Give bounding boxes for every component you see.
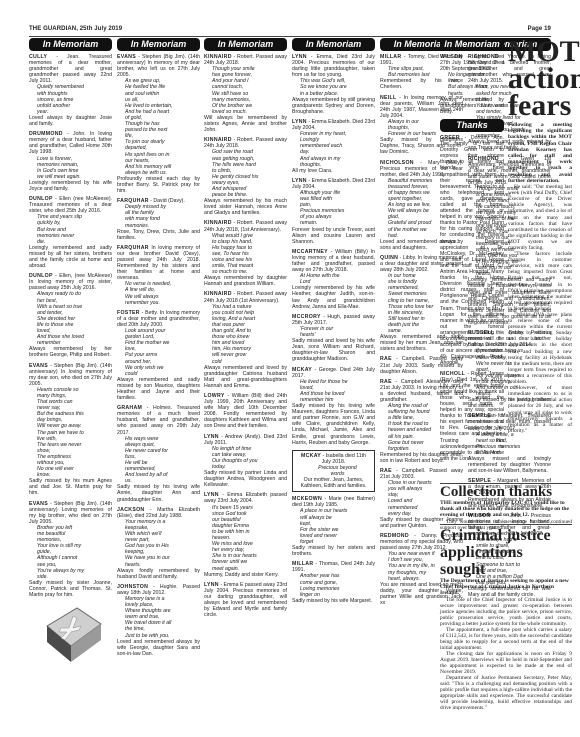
bible-icon: [43, 604, 103, 666]
criminal-justice-body: The role of the Chief Inspector of Crimi…: [440, 597, 572, 711]
notice-surname: MILLAR: [380, 54, 401, 60]
notice-verse: Time and years slip quickly by, But love…: [29, 214, 112, 244]
notice-text: - Isabella died 11th July 2018.: [321, 453, 366, 465]
notice-signoff: Lovingly remembered by his wife Joyce an…: [29, 180, 112, 192]
section-header-in-memoriam: In Memoriam: [440, 38, 504, 51]
notice-signoff: Lovingly remembered by his wife Heather,…: [292, 285, 375, 309]
memoriam-notice: EVANS - Stephen (Big Jim). (14th anniver…: [29, 501, 112, 599]
memoriam-notice: FARQUHAR - David (Davy).Deeply missed by…: [117, 198, 200, 241]
notice-verse: God saw the road was getting rough, The …: [204, 149, 287, 198]
notice-signoff: Sadly missed by his mum Agnes and dad Jo…: [29, 478, 112, 496]
memoriam-notice: GRAHAM - Holmes. Treasured memories of a…: [117, 405, 200, 503]
notice-verse: Love is forever, memories remain, In God…: [29, 156, 112, 180]
notice-surname: LYNN: [204, 434, 219, 440]
notice-signoff: Will always be remembered by sisters Agn…: [204, 115, 287, 133]
memoriam-notice: WILSON - Agnes Died 27th July 1958, Davi…: [440, 54, 504, 115]
mot-headline: MOT action fears: [508, 38, 572, 119]
criminal-paragraph: The closing date for applications is noo…: [440, 651, 572, 675]
section-header-thanks: Thanks: [440, 119, 504, 132]
notice-surname: FARQUHAR: [117, 245, 149, 251]
notice-surname: EVANS: [29, 501, 48, 507]
notice-surname: LYNN: [204, 582, 219, 588]
notice-surname: RAE: [380, 356, 392, 362]
notice-surname: RAE: [380, 379, 392, 385]
notice-surname: KINNAIRD: [204, 291, 232, 297]
notice-text: - David (Davy).: [149, 198, 185, 204]
notice-surname: LYNN: [292, 178, 307, 184]
memoriam-notice: CULLY - Jean. Treasured memories of a de…: [29, 54, 112, 127]
notice-verse: No longer in our lives, But always in ou…: [440, 72, 504, 96]
notice-surname: EVANS: [117, 54, 136, 60]
criminal-justice-lead: The Department of Justice is seeking to …: [440, 578, 572, 597]
notice-surname: JOHNSTON: [117, 584, 148, 590]
notice-surname: JACKSON: [117, 507, 144, 513]
notice-surname: CULLY: [29, 54, 47, 60]
notice-signoff: Sadly missed by his loving wife Maureen,…: [292, 403, 375, 446]
memoriam-notice: LYNN - Emma Elizabeth. Died 23rd July 20…: [292, 178, 375, 245]
notice-verse: Hearts console so many things, That word…: [29, 387, 112, 478]
memoriam-notice: LYNN - Emma Elizabeth passed away 23rd J…: [204, 492, 287, 577]
memoriam-notice: MCCRORY - Hugh, passed away 25th July 20…: [292, 314, 375, 363]
notice-verse: Though your smile has gone forever, And …: [204, 66, 287, 115]
notice-surname: NICHOLL: [440, 371, 465, 377]
mot-paragraph: "However, of most immediate concern to u…: [508, 385, 572, 434]
notice-surname: KINNAIRD: [204, 220, 232, 226]
section-header-in-memoriam: In Memoriam: [204, 38, 287, 51]
notice-signoff: Our mother. Jean, James, Kathleen, Edith…: [296, 477, 371, 489]
collection-headline: Collection thanks: [440, 485, 572, 500]
section-header-in-memoriam: In Memoriam: [29, 38, 112, 51]
notice-surname: GREER: [440, 135, 460, 141]
notice-signoff: Mummy, Daddy and sister Kerry.: [204, 572, 287, 578]
notice-signoff: Sadly missed by sister Joanne, Connor, P…: [29, 580, 112, 598]
notice-signoff: Profoundly missed each day by brother Ba…: [117, 176, 200, 194]
notice-surname: LOWRY: [204, 393, 225, 399]
notice-signoff: Always remembered and loved by granddaug…: [204, 365, 287, 389]
notice-surname: EVANS: [29, 363, 48, 369]
notice-verse: No verse is needed, A line will do, We w…: [117, 281, 200, 305]
memoriam-column: In MemoriamKINNAIRD - Robert. Passed awa…: [204, 38, 287, 622]
thanks-notice: GREER - Dorothy Ann. The family of the l…: [440, 135, 504, 367]
notice-signoff: Loved and remembered always by wife Geor…: [117, 639, 200, 657]
notice-surname: REDMOND: [380, 533, 409, 539]
memoriam-notice: FOSTER - Betty. In loving memory of a de…: [117, 310, 200, 401]
memoriam-thanks-column: In MemoriamWILSON - Agnes Died 27th July…: [440, 38, 504, 466]
notice-text: - Campbell. Passed away 21st July 2003.: [380, 468, 463, 480]
notice-text: - Robert James (Roy). Died 1st July 2019…: [440, 371, 504, 462]
notice-verse: It's been 15 years since God took our be…: [204, 505, 287, 572]
mot-paragraph: "Whilst DVA have plans to relieve some o…: [508, 312, 572, 385]
memoriam-notice: DRUMMOND - John. In loving memory of a d…: [29, 131, 112, 192]
notice-signoff: Sadly missed by partner Linda and daught…: [204, 470, 287, 488]
memoriam-notice: LYNN - Emma Elizabeth. Died 23rd July 20…: [292, 119, 375, 174]
notice-surname: FOSTER: [117, 310, 140, 316]
notice-verse: Quietly remembered with thoughts sincere…: [29, 84, 112, 114]
notice-signoff: Sadly missed by his wife Margaret.: [292, 598, 375, 604]
notice-surname: MILLAR: [292, 561, 313, 567]
notice-surname: MCKEOWN: [292, 496, 322, 502]
notice-surname: QUINN: [380, 255, 398, 261]
notice-surname: FARQUHAR: [117, 198, 149, 204]
mot-lead: Following a meeting regarding the signif…: [508, 122, 572, 184]
notice-surname: NEILL: [380, 95, 397, 101]
notice-signoff: Always remembered by his much loved sist…: [204, 198, 287, 216]
notice-signoff: Always remembered by granddaughters Nan …: [440, 97, 504, 115]
notice-surname: NICHOLSON: [380, 160, 414, 166]
memoriam-notice: LYNN - Andrew (Andy). Died 23rd July 201…: [204, 434, 287, 489]
notice-signoff: Always remembered by daughter Hannah and…: [204, 275, 287, 287]
page-number: Page 19: [528, 26, 551, 32]
notice-text: In loving memory of our dear brother Dav…: [117, 245, 200, 281]
masthead: THE GUARDIAN, 25th July 2019 Page 19: [29, 26, 551, 37]
notice-verse: A place in our hearts will always be kep…: [292, 508, 375, 545]
notice-verse: This was God's will, So we know you are …: [292, 78, 375, 96]
memoriam-column: In MemoriamEVANS - Stephen (Big Jim). (1…: [117, 38, 200, 661]
notice-surname: DRUMMOND: [29, 131, 63, 137]
notice-verse: Although your life was filled with pain,…: [292, 190, 375, 227]
memoriam-notice: DUNLOP - Ellen, (nee McAleese) In loving…: [29, 273, 112, 358]
memoriam-column: In MemoriamCULLY - Jean. Treasured memor…: [29, 38, 112, 666]
notice-signoff: Sadly missed by his loving wife Annie, d…: [117, 484, 200, 502]
criminal-paragraph: The appointment, a full-time post which …: [440, 627, 572, 651]
notice-verse: Forever in my heart, Lovingly remembered…: [292, 131, 375, 168]
notice-verse: As we grew up, He fuelled the life and s…: [117, 78, 200, 176]
notice-surname: MCKAY: [301, 453, 321, 459]
criminal-justice-headline: Criminal justice applications sought: [440, 527, 572, 578]
notice-verse: 'Forever in our hearts': [292, 326, 375, 338]
notice-verse: You had a nature you could not help lovi…: [204, 304, 287, 365]
notice-signoff: Lovingly remembered and sadly missed by …: [29, 245, 112, 269]
memoriam-notice: LOWRY - William (Bill) died 24th July 19…: [204, 393, 287, 430]
notice-verse: Brother you left me beautiful memories, …: [29, 525, 112, 580]
memoriam-notice: KINNAIRD - Robert. Passed away 24th July…: [204, 220, 287, 287]
thanks-notice: NICHOLL - Robert James (Roy). Died 1st J…: [440, 371, 504, 462]
section-header-in-memoriam: In Memoriam: [117, 38, 200, 51]
notice-surname: LYNN: [292, 54, 307, 60]
notice-surname: MCCRORY: [292, 314, 321, 320]
notice-surname: GRAHAM: [117, 405, 142, 411]
notice-surname: MCKAY: [292, 367, 312, 373]
memoriam-notice: LYNN - Emma, Died 23rd July 2004. Precio…: [292, 54, 375, 115]
notice-surname: RAE: [380, 468, 392, 474]
memoriam-notice: MCKEOWN - Marie (nee Balmer) died 19th J…: [292, 496, 375, 557]
memoriam-notice: KINNAIRD - Robert. Passed away 24th July…: [204, 291, 287, 389]
memoriam-notice: EVANS - Stephen (Big Jim). (14th anniver…: [117, 54, 200, 194]
memoriam-notice: MILLAR - Thomas, Died 24th July 1991.Ano…: [292, 561, 375, 604]
notice-surname: DUNLOP: [29, 273, 53, 279]
criminal-justice-article: Criminal justice applications sought The…: [440, 527, 572, 711]
notice-signoff: Always remembered and sadly missed by so…: [117, 377, 200, 401]
notice-verse: Look around your garden Lord, Find the m…: [117, 328, 200, 377]
notice-signoff: Forever loved by uncle Trevor, aunt Alis…: [292, 227, 375, 245]
memoriam-notice: MCKAY - Isabella died 11th July 2018.Pre…: [292, 450, 375, 493]
notice-text: - Dorothy Ann. The family of the late Do…: [440, 135, 504, 366]
memoriam-notice: KINNAIRD - Robert. Passed away 24th July…: [204, 54, 287, 133]
collection-lead: THE members of Tullygarley LOL 473 would…: [440, 500, 572, 519]
notice-surname: MCCARTNEY: [292, 249, 328, 255]
mot-paragraph: He said: "Our meeting last week (with Pa…: [508, 184, 572, 251]
publication-date: THE GUARDIAN, 25th July 2019: [29, 26, 122, 32]
notice-verse: Another year has come and gone, Loving m…: [292, 573, 375, 597]
memoriam-notice: DUNLOP - Ellen (nee McAleese). Treasured…: [29, 196, 112, 269]
mot-paragraph: "These factors include changes in custom…: [508, 251, 572, 312]
memoriam-notice: MCCARTNEY - William (Billy) In loving me…: [292, 249, 375, 310]
memoriam-notice: KINNAIRD - Robert. Passed away 24th July…: [204, 137, 287, 216]
notice-signoff: Loved always by daughter Josie and famil…: [29, 115, 112, 127]
notice-verse: Deeply missed by all the family with man…: [117, 204, 200, 228]
notice-signoff: Always remembered by still grieving gran…: [292, 97, 375, 115]
memoriam-column: In MemoriamLYNN - Emma, Died 23rd July 2…: [292, 38, 375, 608]
memoriam-notice: JOHNSTON - Hughie. Passed away 18th July…: [117, 584, 200, 657]
notice-verse: What would I give to clasp his hand, His…: [204, 233, 287, 276]
memoriam-notice: LYNN - Emma E passed away 23rd July 2004…: [204, 582, 287, 619]
notice-verse: Your memory is a keepsake, With which we…: [117, 519, 200, 568]
notice-surname: DUNLOP: [29, 196, 53, 202]
notice-surname: LYNN: [292, 119, 307, 125]
notice-surname: KINNAIRD: [204, 137, 232, 143]
notice-signoff: Always remembered by her brothers George…: [29, 346, 112, 358]
criminal-paragraph: Department of Justice Permanent Secretar…: [440, 675, 572, 711]
notice-signoff: Rose, Tony, Drew, Chris, Julie and famil…: [117, 229, 200, 241]
notice-surname: LYNN: [204, 492, 219, 498]
notice-signoff: Sadly missed and loved by his wife Jean,…: [292, 338, 375, 362]
memoriam-notice: MCKAY - George. Died 24th July 2017.He l…: [292, 367, 375, 446]
memoriam-notice: FARQUHAR In loving memory of our dear br…: [117, 245, 200, 306]
notice-verse: At Home with the Lord: [292, 273, 375, 285]
memoriam-notice: JACKSON - Martha Elizabeth (Elsie), died…: [117, 507, 200, 580]
memoriam-notice: EVANS - Stephen (Big Jim). (14th anniver…: [29, 363, 112, 497]
criminal-paragraph: The role of the Chief Inspector of Crimi…: [440, 597, 572, 627]
notice-verse: His ways were always quiet, He never car…: [117, 436, 200, 485]
notice-text: - Emma E passed away 23rd July 2004. Pre…: [204, 582, 287, 618]
notice-text: - William (Bill) died 24th July 1999, 20…: [204, 393, 287, 429]
section-header-in-memoriam: In Memoriam: [292, 38, 375, 51]
notice-verse: He lived for those he loved, And those h…: [292, 379, 375, 403]
mot-article: MOT action fears Following a meeting reg…: [508, 38, 572, 434]
divider: [440, 524, 572, 525]
notice-surname: WILSON: [440, 54, 463, 60]
mot-body: He said: "Our meeting last week (with Pa…: [508, 184, 572, 434]
notice-surname: KINNAIRD: [204, 54, 232, 60]
notice-verse: Always ready to do her best, With a hear…: [29, 291, 112, 346]
notice-verse: No length of time can take away, Our tho…: [204, 446, 287, 470]
notice-signoff: Sadly missed by her sisters and brothers…: [292, 545, 375, 557]
notice-signoff: All my love Ciara.: [292, 168, 375, 174]
notice-verse: Memory lane is a lovely place, Where tho…: [117, 596, 200, 639]
notice-signoff: Always fondly remembered by husband Davi…: [117, 568, 200, 580]
notice-verse: Precious beyond words: [296, 465, 371, 477]
